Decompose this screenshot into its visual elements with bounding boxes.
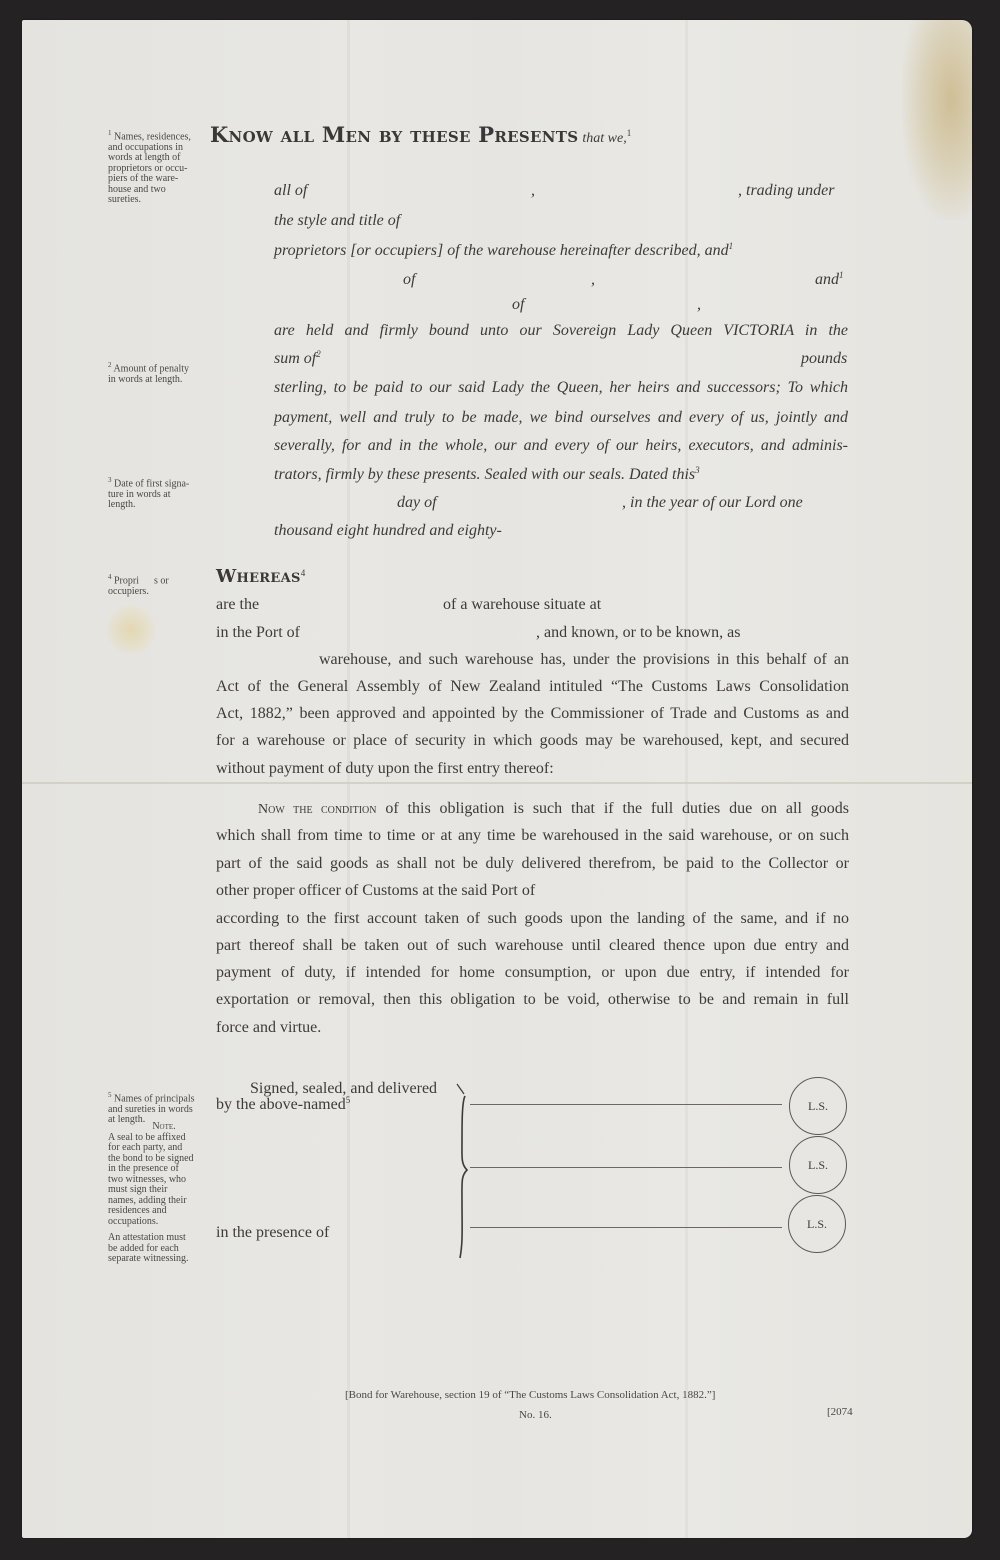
bond-text: , [531, 182, 535, 200]
heading-gothic: Know all Men by these Presents [210, 122, 578, 147]
condition-text: part of the said goods as shall not be d… [216, 855, 849, 873]
margin-note-1: 1 Names, residences, and occupations in … [108, 128, 191, 206]
signature-line[interactable] [470, 1227, 782, 1228]
bond-text: thousand eight hundred and eighty- [274, 522, 502, 540]
bond-text: , in the year of our Lord one [622, 494, 803, 512]
bond-text: are held and firmly bound unto our Sover… [274, 322, 848, 340]
seal-circle: L.S. [789, 1136, 847, 1194]
bracket-brace-icon [455, 1082, 481, 1262]
bond-text: payment, well and truly to be made, we b… [274, 409, 848, 427]
bond-text: , [697, 296, 701, 314]
condition-text: part thereof shall be taken out of such … [216, 937, 849, 955]
seal-circle: L.S. [789, 1077, 847, 1135]
condition-text: payment of duty, if intended for home co… [216, 964, 849, 982]
footer-citation: [Bond for Warehouse, section 19 of “The … [345, 1389, 715, 1401]
margin-note-5: 5 Names of principals and sureties in wo… [108, 1090, 195, 1126]
signature-line[interactable] [470, 1104, 782, 1105]
bond-text: severally, for and in the whole, our and… [274, 437, 848, 455]
bond-text: of [403, 271, 415, 289]
whereas-text: of a warehouse situate at [443, 596, 601, 614]
condition-text: exportation or removal, then this obliga… [216, 991, 849, 1009]
bond-text: , trading under [738, 182, 834, 200]
water-stain [902, 20, 972, 220]
condition-text: Now the condition of this obligation is … [258, 800, 849, 818]
margin-note-instructions: Note.A seal to be affixed for each party… [108, 1122, 220, 1227]
whereas-text: , and known, or to be known, as [536, 624, 740, 642]
heading-tail: that we, [582, 131, 626, 146]
whereas-text: Act of the General Assembly of New Zeala… [216, 678, 849, 696]
bond-text: the style and title of [274, 212, 400, 230]
bond-text: sterling, to be paid to our said Lady th… [274, 379, 848, 397]
condition-text: according to the first account taken of … [216, 910, 849, 928]
bond-text: trators, firmly by these presents. Seale… [274, 466, 700, 484]
whereas-heading: Whereas4 [216, 566, 305, 587]
signature-text: in the presence of [216, 1224, 329, 1242]
condition-text: which shall from time to time or at any … [216, 827, 849, 845]
bond-heading: Know all Men by these Presents that we,1 [210, 122, 631, 147]
bond-text: sum of2 [274, 350, 321, 368]
margin-note-3: 3 Date of first signa- ture in words at … [108, 475, 189, 511]
signature-text: by the above-named5 [216, 1096, 350, 1114]
fold-crease [22, 782, 972, 784]
whereas-text: in the Port of [216, 624, 300, 642]
form-number: No. 16. [519, 1409, 552, 1421]
bond-text: and1 [815, 271, 844, 289]
whereas-text: without payment of duty upon the first e… [216, 760, 554, 778]
whereas-text: are the [216, 596, 259, 614]
condition-text: force and virtue. [216, 1019, 321, 1037]
margin-note-2: 2 Amount of penalty in words at length. [108, 360, 189, 385]
water-stain [106, 605, 156, 655]
bond-text: proprietors [or occupiers] of the wareho… [274, 242, 733, 260]
bond-text: of [512, 296, 524, 314]
print-number: [2074 [827, 1406, 853, 1418]
seal-circle: L.S. [788, 1195, 846, 1253]
whereas-text: warehouse, and such warehouse has, under… [319, 651, 849, 669]
condition-text: other proper officer of Customs at the s… [216, 882, 535, 900]
bond-text: , [591, 271, 595, 289]
margin-note-4: 4 Propri s or occupiers. [108, 572, 169, 597]
margin-note-attestation: An attestation must be added for each se… [108, 1233, 189, 1265]
whereas-text: Act, 1882,” been approved and appointed … [216, 705, 849, 723]
bond-text: day of [397, 494, 437, 512]
signature-line[interactable] [470, 1167, 782, 1168]
bond-text: all of [274, 182, 307, 200]
bond-text: pounds [801, 350, 847, 368]
whereas-text: for a warehouse or place of security in … [216, 732, 849, 750]
